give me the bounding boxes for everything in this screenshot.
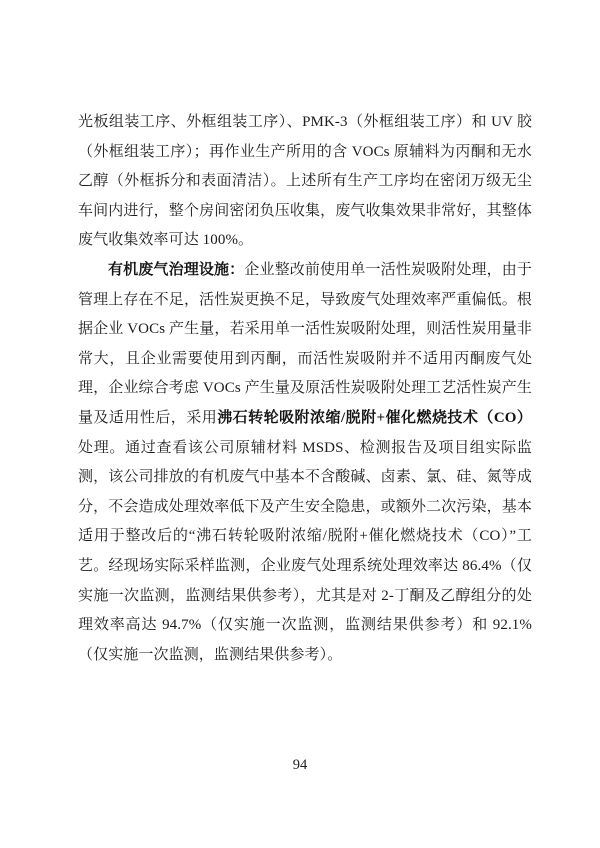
paragraph: 有机废气治理设施：企业整改前使用单一活性炭吸附处理，由于管理上存在不足，活性炭更… xyxy=(78,256,532,670)
paragraph: 光板组装工序、外框组装工序）、PMK-3（外框组装工序）和 UV 胶（外框组装工… xyxy=(78,108,532,256)
page-body-text: 光板组装工序、外框组装工序）、PMK-3（外框组装工序）和 UV 胶（外框组装工… xyxy=(78,108,532,670)
document-page: 光板组装工序、外框组装工序）、PMK-3（外框组装工序）和 UV 胶（外框组装工… xyxy=(0,0,600,848)
text-run: 企业整改前使用单一活性炭吸附处理，由于管理上存在不足，活性炭更换不足，导致废气处… xyxy=(78,262,532,426)
page-number: 94 xyxy=(0,755,600,775)
bold-text-run: 有机废气治理设施： xyxy=(108,262,244,278)
text-run: 光板组装工序、外框组装工序）、PMK-3（外框组装工序）和 UV 胶（外框组装工… xyxy=(78,114,532,248)
text-run: 处理。通过查看该公司原辅材料 MSDS、检测报告及项目组实际监测，该公司排放的有… xyxy=(78,440,532,663)
bold-text-run: 沸石转轮吸附浓缩/脱附+催化燃烧技术（CO） xyxy=(217,410,532,426)
